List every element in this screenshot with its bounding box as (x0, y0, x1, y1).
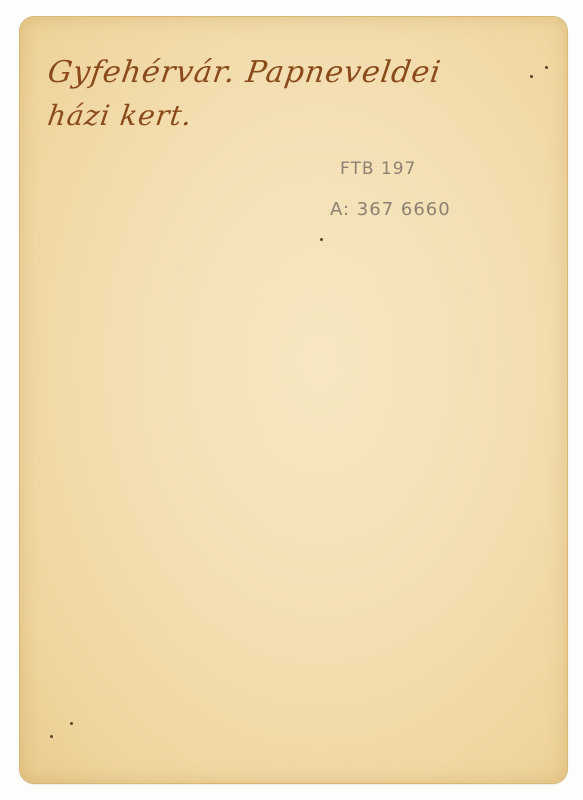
scanned-photo-back: Gyfehérvár. Papneveldei házi kert. FTB 1… (0, 0, 583, 800)
card-stock: Gyfehérvár. Papneveldei házi kert. FTB 1… (20, 17, 567, 783)
catalog-number: FTB 197 (340, 159, 416, 179)
handwritten-caption-line-2: házi kert. (46, 99, 195, 132)
handwritten-caption-line-1: Gyfehérvár. Papneveldei (46, 55, 444, 90)
foxing-spot (70, 722, 73, 725)
foxing-spot (545, 66, 548, 69)
foxing-spot (320, 238, 323, 241)
inventory-number: A: 367 6660 (330, 199, 451, 220)
foxing-spot (50, 735, 53, 738)
foxing-spot (530, 75, 533, 78)
